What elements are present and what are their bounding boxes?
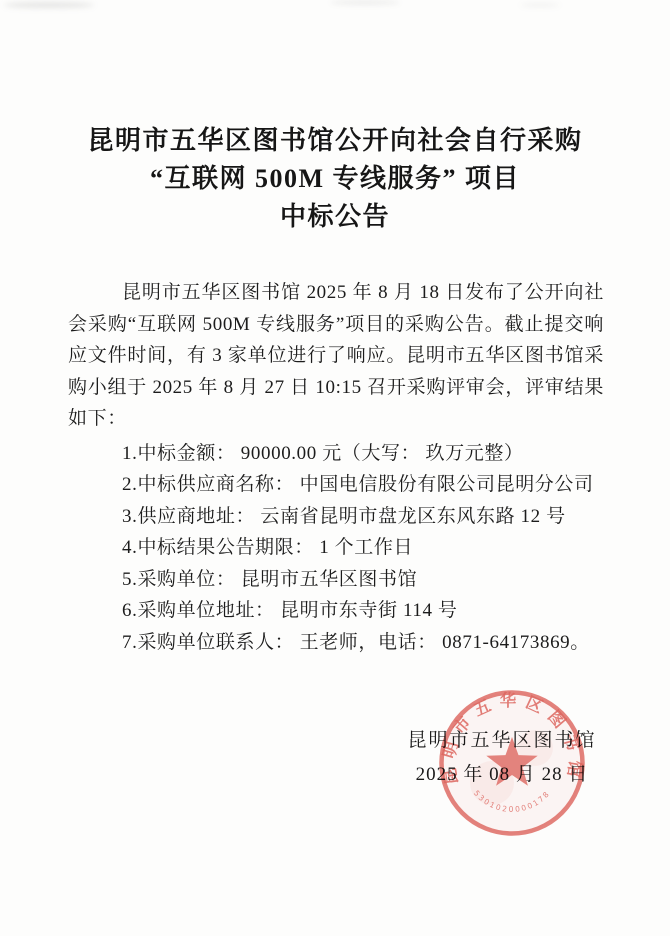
scan-artifact (4, 2, 94, 8)
result-item-4: 4.中标结果公告期限： 1 个工作日 (68, 532, 604, 564)
title-line-3: 中标公告 (0, 198, 670, 236)
seal-serial-number: 5301020000178 (472, 789, 552, 814)
result-item-7: 7.采购单位联系人： 王老师，电话： 0871-64173869。 (68, 627, 604, 659)
result-item-2: 2.中标供应商名称： 中国电信股份有限公司昆明分公司 (68, 469, 604, 501)
document-title: 昆明市五华区图书馆公开向社会自行采购 “互联网 500M 专线服务” 项目 中标… (0, 122, 670, 236)
title-line-2: “互联网 500M 专线服务” 项目 (0, 160, 670, 198)
result-item-3: 3.供应商地址： 云南省昆明市盘龙区东风东路 12 号 (68, 501, 604, 533)
title-line-1: 昆明市五华区图书馆公开向社会自行采购 (0, 122, 670, 160)
intro-paragraph: 昆明市五华区图书馆 2025 年 8 月 18 日发布了公开向社会采购“互联网 … (68, 277, 604, 435)
scan-artifact (520, 3, 560, 7)
result-item-5: 5.采购单位： 昆明市五华区图书馆 (68, 564, 604, 596)
result-item-6: 6.采购单位地址： 昆明市东寺街 114 号 (68, 595, 604, 627)
document-page: 昆明市五华区图书馆公开向社会自行采购 “互联网 500M 专线服务” 项目 中标… (0, 0, 670, 936)
scan-artifact (330, 0, 400, 5)
signature-date: 2025 年 08 月 28 日 (400, 758, 604, 792)
result-item-1: 1.中标金额： 90000.00 元（大写： 玖万元整） (68, 438, 604, 470)
document-body: 昆明市五华区图书馆 2025 年 8 月 18 日发布了公开向社会采购“互联网 … (68, 277, 604, 658)
signature-org: 昆明市五华区图书馆 (400, 724, 604, 758)
signature-block: 昆明市五华区图书馆 2025 年 08 月 28 日 (400, 724, 604, 792)
result-items: 1.中标金额： 90000.00 元（大写： 玖万元整） 2.中标供应商名称： … (68, 438, 604, 659)
